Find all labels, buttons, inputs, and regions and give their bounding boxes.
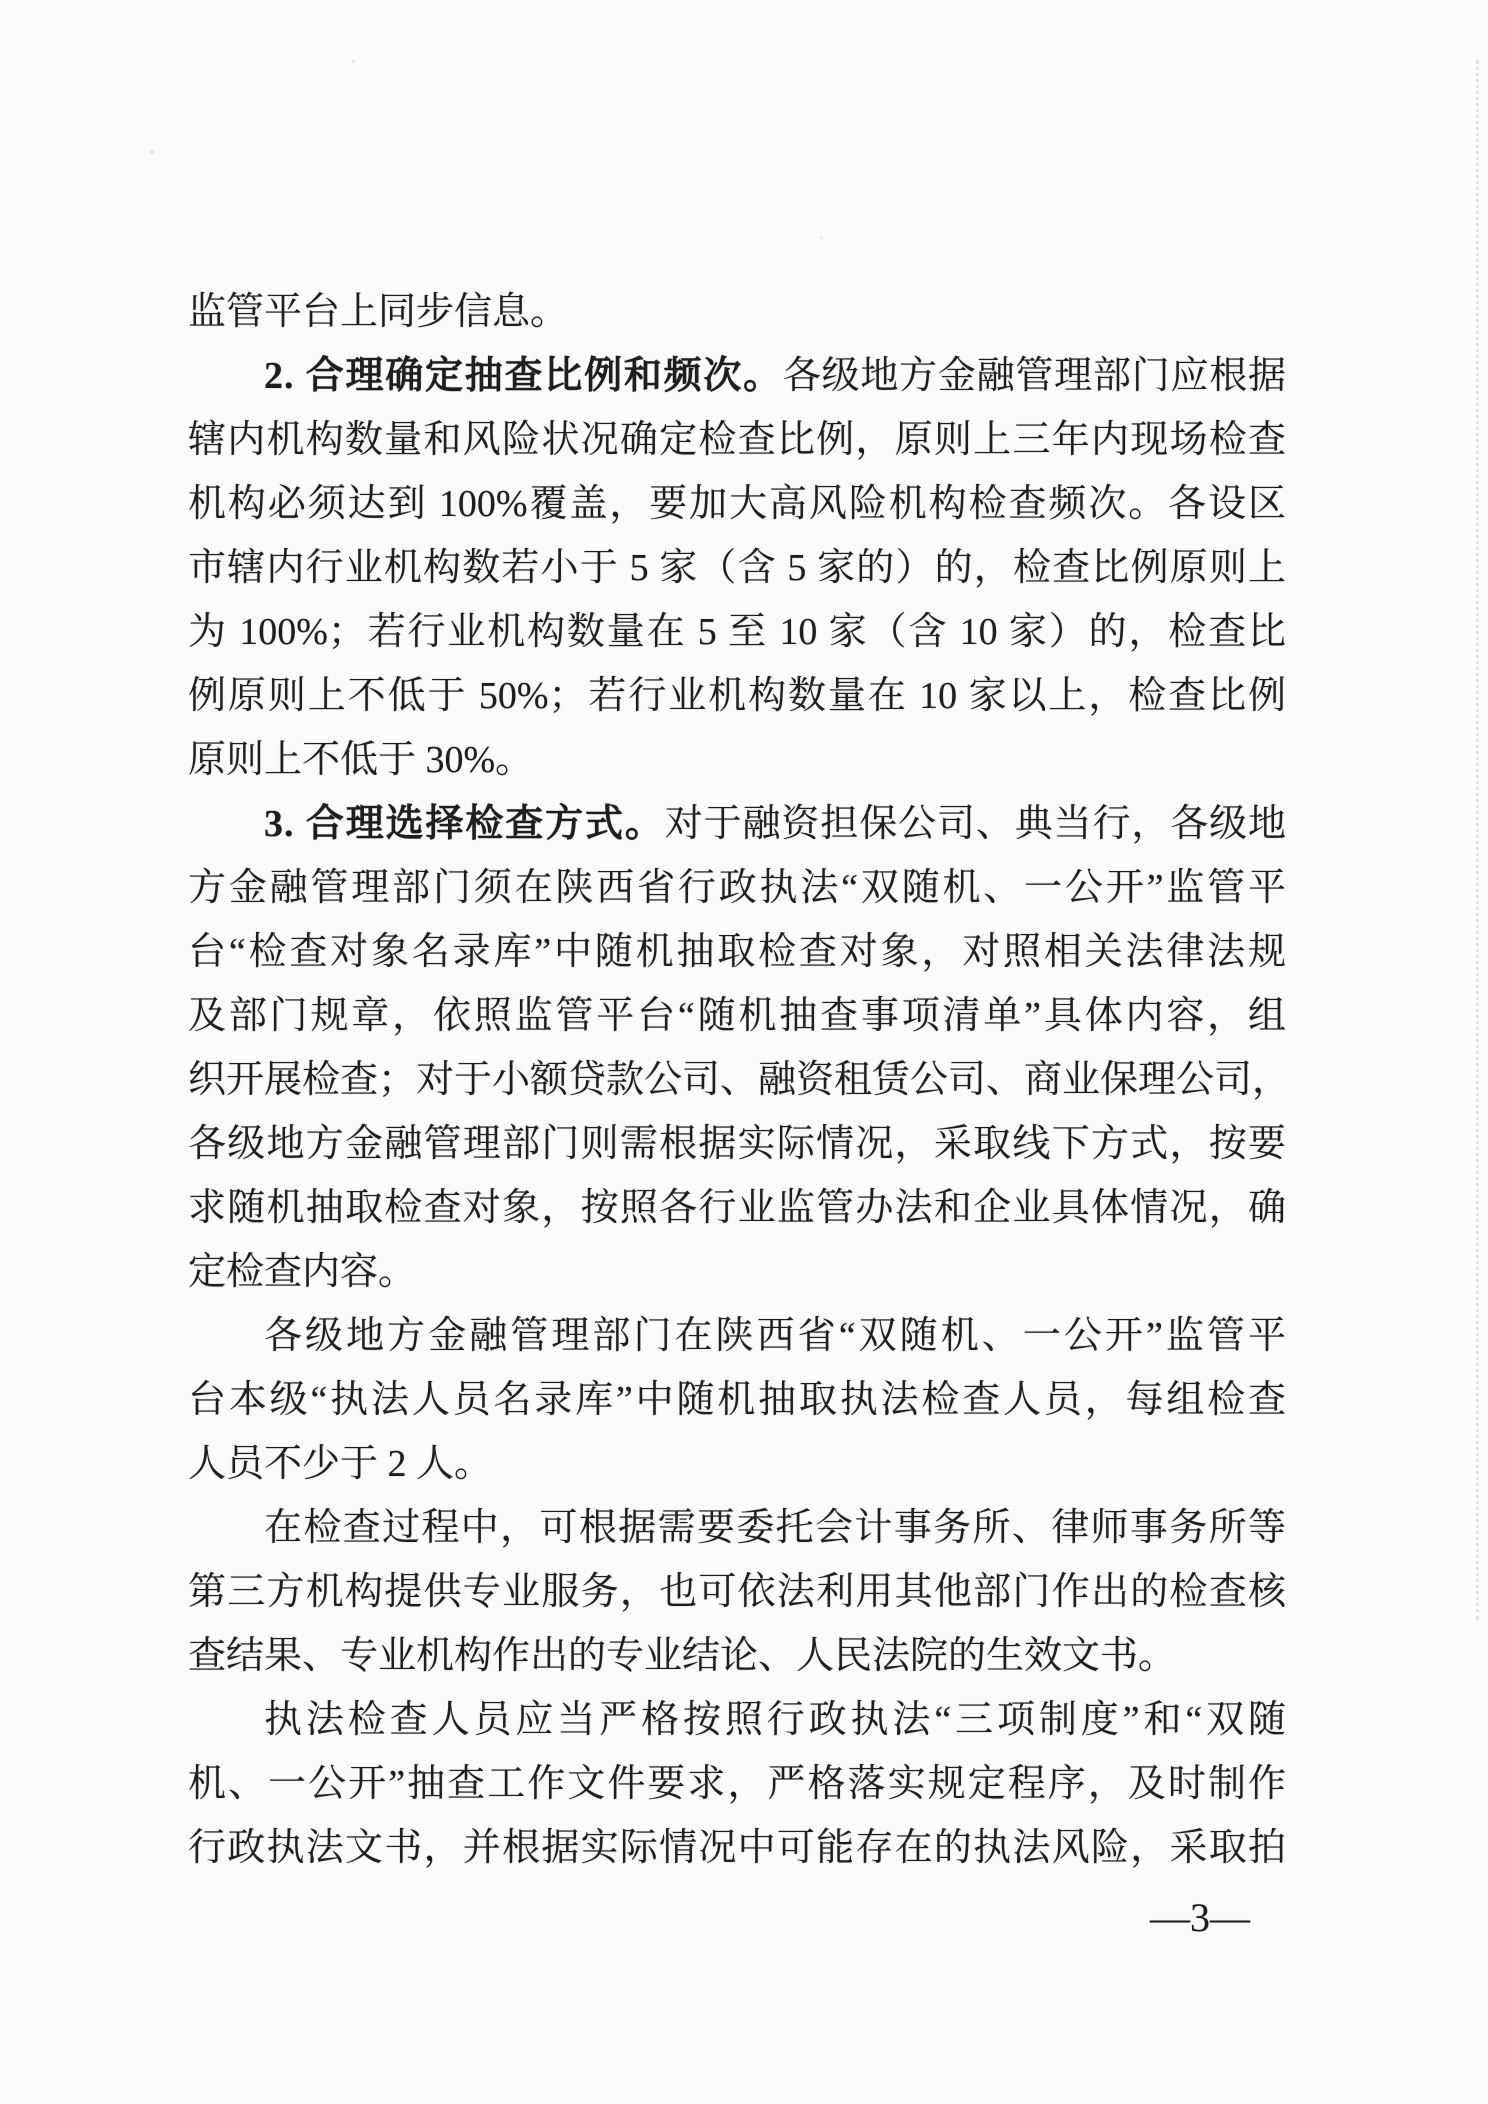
text-line: 机、一公开”抽查工作文件要求，严格落实规定程序，及时制作 [188, 1752, 1286, 1816]
text-run: 执法检查人员应当严格按照行政执法“三项制度”和“双随 [264, 1699, 1286, 1741]
text-line: 查结果、专业机构作出的专业结论、人民法院的生效文书。 [188, 1624, 1286, 1688]
text-line: 为 100%；若行业机构数量在 5 至 10 家（含 10 家）的，检查比 [188, 600, 1286, 664]
text-run: 定检查内容。 [188, 1251, 416, 1293]
text-run: 行政执法文书，并根据实际情况中可能存在的执法风险，采取拍 [188, 1827, 1286, 1869]
text-run: 例原则上不低于 50%；若行业机构数量在 10 家以上，检查比例 [188, 675, 1286, 717]
text-run: 及部门规章，依照监管平台“随机抽查事项清单”具体内容，组 [188, 995, 1286, 1037]
text-run: 织开展检查；对于小额贷款公司、融资租赁公司、商业保理公司， [188, 1059, 1290, 1101]
text-line: 例原则上不低于 50%；若行业机构数量在 10 家以上，检查比例 [188, 664, 1286, 728]
text-line: 方金融管理部门须在陕西省行政执法“双随机、一公开”监管平 [188, 856, 1286, 920]
text-run: 台本级“执法人员名录库”中随机抽取执法检查人员，每组检查 [188, 1379, 1286, 1421]
text-run: 各级地方金融管理部门则需根据实际情况，采取线下方式，按要 [188, 1123, 1286, 1165]
text-line: 辖内机构数量和风险状况确定检查比例，原则上三年内现场检查 [188, 408, 1286, 472]
text-line: 织开展检查；对于小额贷款公司、融资租赁公司、商业保理公司， [188, 1048, 1286, 1112]
bold-heading-run: 3. 合理选择检查方式。 [264, 803, 665, 845]
text-run: 人员不少于 2 人。 [188, 1443, 492, 1485]
bold-heading-run: 2. 合理确定抽查比例和频次。 [264, 355, 783, 397]
scan-speck [352, 60, 355, 63]
text-run: 查结果、专业机构作出的专业结论、人民法院的生效文书。 [188, 1635, 1176, 1677]
text-run: 在检查过程中，可根据需要委托会计事务所、律师事务所等 [264, 1507, 1286, 1549]
text-line: 执法检查人员应当严格按照行政执法“三项制度”和“双随 [188, 1688, 1286, 1752]
text-run: 辖内机构数量和风险状况确定检查比例，原则上三年内现场检查 [188, 419, 1286, 461]
text-line: 及部门规章，依照监管平台“随机抽查事项清单”具体内容，组 [188, 984, 1286, 1048]
text-run: 对于融资担保公司、典当行，各级地 [665, 803, 1286, 845]
text-run: 各级地方金融管理部门应根据 [783, 355, 1286, 397]
scanned-document-page: 监管平台上同步信息。2. 合理确定抽查比例和频次。各级地方金融管理部门应根据辖内… [0, 0, 1488, 2104]
text-line: 行政执法文书，并根据实际情况中可能存在的执法风险，采取拍 [188, 1816, 1286, 1880]
text-run: 第三方机构提供专业服务，也可依法利用其他部门作出的检查核 [188, 1571, 1286, 1613]
text-run: 监管平台上同步信息。 [188, 291, 568, 333]
text-line: 各级地方金融管理部门则需根据实际情况，采取线下方式，按要 [188, 1112, 1286, 1176]
scan-speck [150, 150, 154, 154]
text-line: 市辖内行业机构数若小于 5 家（含 5 家的）的，检查比例原则上 [188, 536, 1286, 600]
text-line: 台本级“执法人员名录库”中随机抽取执法检查人员，每组检查 [188, 1368, 1286, 1432]
text-run: 各级地方金融管理部门在陕西省“双随机、一公开”监管平 [264, 1315, 1286, 1357]
scan-speck [820, 236, 823, 239]
scan-edge-artifact [1476, 60, 1479, 1620]
text-line: 3. 合理选择检查方式。对于融资担保公司、典当行，各级地 [188, 792, 1286, 856]
text-line: 求随机抽取检查对象，按照各行业监管办法和企业具体情况，确 [188, 1176, 1286, 1240]
text-run: 台“检查对象名录库”中随机抽取检查对象，对照相关法律法规 [188, 931, 1286, 973]
text-line: 在检查过程中，可根据需要委托会计事务所、律师事务所等 [188, 1496, 1286, 1560]
page-number: —3— [1150, 1892, 1250, 1944]
text-line: 人员不少于 2 人。 [188, 1432, 1286, 1496]
text-line: 监管平台上同步信息。 [188, 280, 1286, 344]
text-line: 第三方机构提供专业服务，也可依法利用其他部门作出的检查核 [188, 1560, 1286, 1624]
text-line: 台“检查对象名录库”中随机抽取检查对象，对照相关法律法规 [188, 920, 1286, 984]
text-run: 市辖内行业机构数若小于 5 家（含 5 家的）的，检查比例原则上 [188, 547, 1286, 589]
text-run: 为 100%；若行业机构数量在 5 至 10 家（含 10 家）的，检查比 [188, 611, 1286, 653]
text-run: 机、一公开”抽查工作文件要求，严格落实规定程序，及时制作 [188, 1763, 1286, 1805]
text-run: 求随机抽取检查对象，按照各行业监管办法和企业具体情况，确 [188, 1187, 1286, 1229]
text-run: 机构必须达到 100%覆盖，要加大高风险机构检查频次。各设区 [188, 483, 1286, 525]
text-run: 原则上不低于 30%。 [188, 739, 533, 781]
text-line: 原则上不低于 30%。 [188, 728, 1286, 792]
text-line: 各级地方金融管理部门在陕西省“双随机、一公开”监管平 [188, 1304, 1286, 1368]
text-line: 2. 合理确定抽查比例和频次。各级地方金融管理部门应根据 [188, 344, 1286, 408]
text-block: 监管平台上同步信息。2. 合理确定抽查比例和频次。各级地方金融管理部门应根据辖内… [188, 280, 1286, 1880]
text-line: 定检查内容。 [188, 1240, 1286, 1304]
text-run: 方金融管理部门须在陕西省行政执法“双随机、一公开”监管平 [188, 867, 1286, 909]
text-line: 机构必须达到 100%覆盖，要加大高风险机构检查频次。各设区 [188, 472, 1286, 536]
